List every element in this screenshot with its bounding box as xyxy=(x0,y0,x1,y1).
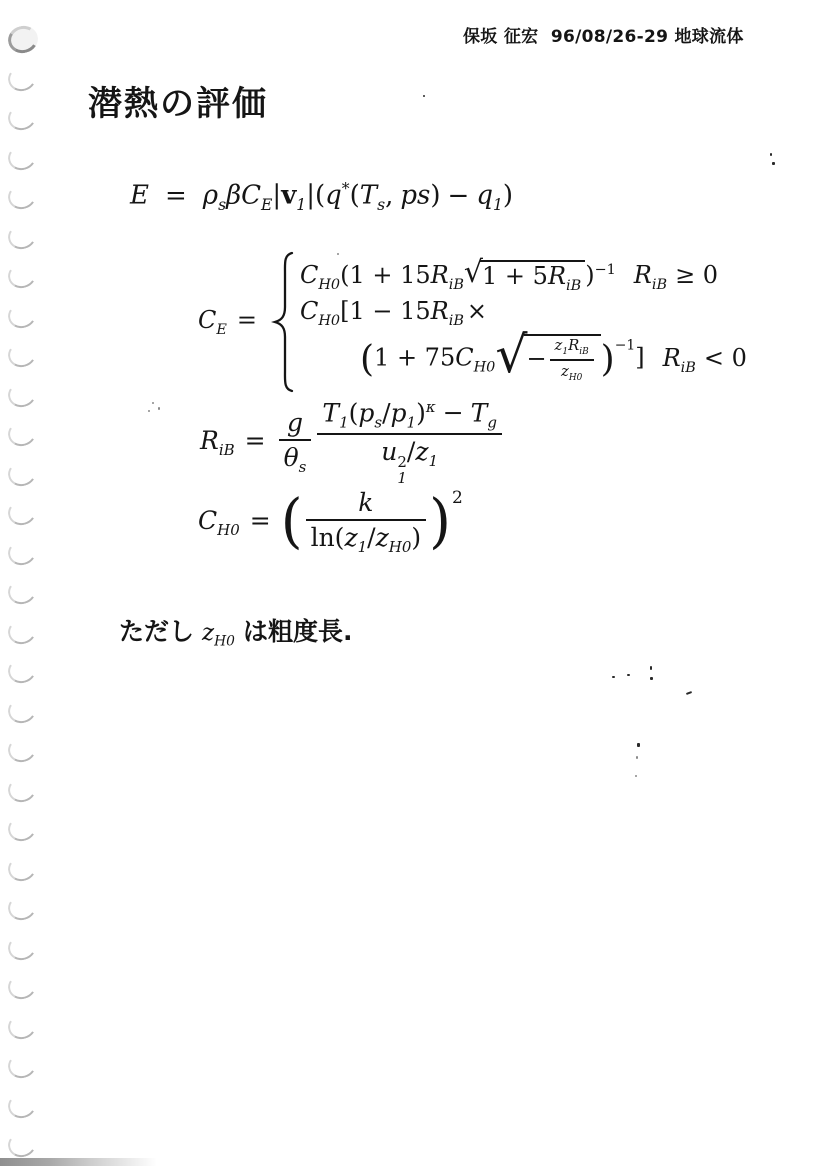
binder-hole xyxy=(5,694,38,725)
var-T-g: T xyxy=(471,398,488,427)
binder-hole xyxy=(5,734,38,765)
binder-hole xyxy=(5,536,38,567)
binder-hole xyxy=(5,931,38,962)
var-R-iB: R xyxy=(548,262,566,290)
fraction-denominator: θs xyxy=(279,441,312,476)
sub-z-H0: H0 xyxy=(389,538,412,556)
binder-hole xyxy=(5,339,38,370)
condition-stable: RiB≥ 0 xyxy=(634,261,718,289)
binder-hole xyxy=(5,418,38,449)
var-rho: ρ xyxy=(203,181,218,211)
page-header: 保坂 征宏 96/08/26-29 地球流体 xyxy=(463,22,744,47)
var-R-iB: R xyxy=(200,426,219,455)
exponent-neg1: −1 xyxy=(615,338,636,354)
var-T1: T xyxy=(322,398,339,427)
footnote-post: は粗度長. xyxy=(243,617,353,646)
scan-edge-shadow xyxy=(0,1158,165,1166)
sub-z-1: 1 xyxy=(429,452,439,470)
sub-C-H0: H0 xyxy=(318,277,340,293)
square-root: √1 + 5RiB xyxy=(464,260,585,294)
abs-bar-left: | xyxy=(272,181,281,211)
binder-hole xyxy=(5,299,38,330)
var-C-E: C xyxy=(241,181,261,211)
var-R-iB: R xyxy=(431,261,449,289)
sub-C-E: E xyxy=(261,196,272,214)
binder-hole xyxy=(5,655,38,686)
binder-hole xyxy=(5,773,38,804)
slash: / xyxy=(367,523,375,552)
binder-hole xyxy=(5,220,38,251)
sub-z-H0: H0 xyxy=(214,634,235,650)
sub-R-iB: iB xyxy=(681,360,696,376)
var-z-H0: z xyxy=(376,523,389,552)
big-open-paren: ( xyxy=(360,339,374,380)
radicand: 1 + 5RiB xyxy=(480,260,585,294)
var-k: k xyxy=(358,488,373,517)
scan-speck xyxy=(686,691,692,695)
relation-geq-zero: ≥ 0 xyxy=(675,261,718,289)
times-sign: × xyxy=(467,297,487,325)
var-q1: q xyxy=(476,181,493,211)
fraction-z1RiB-zH0: z1RiBzH0 xyxy=(550,337,594,383)
radical-icon: √ xyxy=(495,330,527,380)
scan-speck xyxy=(152,402,154,404)
var-q-sat: q xyxy=(325,181,342,211)
fraction-numerator: z1RiB xyxy=(550,337,594,361)
fraction-g-theta: gθs xyxy=(279,408,312,476)
slash: / xyxy=(382,398,390,427)
binder-hole xyxy=(5,813,38,844)
equation-neutral-coefficient: CH0=(kln(z1/zH0))2 xyxy=(198,488,463,556)
scan-speck xyxy=(612,676,615,678)
scan-speck xyxy=(148,410,150,412)
var-E: E xyxy=(130,181,149,211)
var-z: z xyxy=(202,620,214,646)
equals-sign: = xyxy=(245,426,266,455)
fraction-numerator: g xyxy=(279,408,312,441)
equals-sign: = xyxy=(237,306,257,334)
close-paren: ) xyxy=(585,261,594,289)
sub-R-iB: iB xyxy=(219,441,235,459)
var-T-s: T xyxy=(360,181,377,211)
footnote-roughness-length: ただしzH0は粗度長. xyxy=(119,612,352,650)
paren-close: ) xyxy=(416,398,426,427)
var-beta: β xyxy=(226,181,241,211)
fraction-temperature-shear: T1(ps/p1)κ−Tgu21/z1 xyxy=(317,398,502,487)
binder-hole xyxy=(5,378,38,409)
scan-speck xyxy=(627,674,630,676)
var-ps: ps xyxy=(400,181,430,211)
minus-sign: − xyxy=(526,345,546,373)
binder-hole xyxy=(5,1089,38,1120)
sub-p-1: 1 xyxy=(407,413,417,431)
piecewise-lhs: CE= xyxy=(198,306,267,338)
sub-rho-s: s xyxy=(218,196,226,214)
page-title: 潜熱の評価 xyxy=(88,76,268,125)
sub-T-g: g xyxy=(487,413,497,431)
radical-icon: √ xyxy=(464,258,483,288)
paren-close-outer: ) xyxy=(503,181,513,211)
scan-speck xyxy=(337,253,339,255)
binder-hole xyxy=(5,615,38,646)
fraction-numerator: k xyxy=(306,488,427,521)
binder-hole xyxy=(5,892,38,923)
relation-lt-zero: < 0 xyxy=(704,344,747,372)
var-C-H0: C xyxy=(198,506,217,535)
fraction-numerator: T1(ps/p1)κ−Tg xyxy=(317,398,502,435)
scan-speck xyxy=(635,775,637,777)
big-close-paren: ) xyxy=(601,339,615,380)
binder-hole xyxy=(5,62,38,93)
case-unstable-line2: (1 + 75CH0√−z1RiBzH0)−1]RiB< 0 xyxy=(360,334,747,384)
square-root: √−z1RiBzH0 xyxy=(495,334,600,384)
binder-hole xyxy=(5,1010,38,1041)
case-stable: CH0(1 + 15RiB√1 + 5RiB)−1RiB≥ 0 xyxy=(300,259,747,295)
exponent-2: 2 xyxy=(452,488,463,508)
binder-hole xyxy=(5,497,38,528)
sub-R-iB: iB xyxy=(449,277,464,293)
var-u: u xyxy=(381,437,397,466)
stacked-sup-sub: 21 xyxy=(397,455,407,487)
var-z-H0: z xyxy=(561,362,569,380)
sub-z-1: 1 xyxy=(358,538,368,556)
var-R-iB: R xyxy=(568,336,579,354)
minus-sign: − xyxy=(448,181,470,211)
equation-bulk-richardson: RiB=gθsT1(ps/p1)κ−Tgu21/z1 xyxy=(200,398,505,487)
fraction-k-log: kln(z1/zH0) xyxy=(306,488,427,556)
sub-C-H0: H0 xyxy=(318,313,340,329)
exponent-neg1: −1 xyxy=(595,262,616,278)
binder-hole xyxy=(5,457,38,488)
comma: , xyxy=(385,181,393,211)
bracket-terms: [1 − 15 xyxy=(340,297,431,325)
binder-hole xyxy=(5,23,41,56)
scan-speck xyxy=(636,756,638,759)
var-C-E: C xyxy=(198,306,216,334)
binder-hole xyxy=(5,141,38,172)
open-paren-terms: (1 + 15 xyxy=(340,261,431,289)
sub-C-H0: H0 xyxy=(217,521,240,539)
scan-speck xyxy=(650,666,652,670)
sub-v-1: 1 xyxy=(296,196,306,214)
binder-hole xyxy=(5,181,38,212)
scan-speck xyxy=(158,407,160,410)
binder-hole xyxy=(5,852,38,883)
sub-R-iB: iB xyxy=(652,277,667,293)
scan-speck xyxy=(423,95,425,97)
ln-open: ln( xyxy=(311,523,345,552)
var-g: g xyxy=(287,408,303,437)
equation-latent-heat-flux: E=ρsβCE|v1|(q*(Ts,ps)−q1) xyxy=(130,180,513,214)
sub-C-H0: H0 xyxy=(474,360,496,376)
curly-brace-icon xyxy=(271,251,295,393)
binder-hole xyxy=(5,971,38,1002)
binder-hole xyxy=(5,1129,38,1160)
binder-hole xyxy=(5,102,38,133)
scan-speck xyxy=(650,677,653,680)
coefficient-lhs: CH0= xyxy=(198,506,281,539)
var-z1: z xyxy=(415,437,428,466)
scan-speck xyxy=(772,162,775,165)
sub-T-1: 1 xyxy=(339,413,349,431)
sub-R-iB: iB xyxy=(449,313,464,329)
fraction-denominator: ln(z1/zH0) xyxy=(306,521,427,556)
richardson-lhs: RiB= xyxy=(200,426,276,459)
equation-exchange-coefficient: CE= CH0(1 + 15RiB√1 + 5RiB)−1RiB≥ 0 CH0[… xyxy=(198,251,747,393)
minus-sign: − xyxy=(443,398,464,427)
piecewise-cases: CH0(1 + 15RiB√1 + 5RiB)−1RiB≥ 0 CH0[1 − … xyxy=(300,259,747,384)
var-v-bold: v xyxy=(281,181,296,211)
var-p-1: p xyxy=(391,398,407,427)
footnote-pre: ただし xyxy=(119,617,194,646)
paren-close: ) xyxy=(411,523,421,552)
close-bracket: ] xyxy=(635,344,644,372)
var-R-iB: R xyxy=(634,261,652,289)
sub-C-E: E xyxy=(216,322,227,338)
sub-theta-s: s xyxy=(299,458,307,476)
var-C-H0: C xyxy=(300,261,318,289)
sub-R-iB: iB xyxy=(566,277,581,293)
var-C-H0: C xyxy=(455,344,473,372)
var-R-iB: R xyxy=(663,344,681,372)
var-theta: θ xyxy=(284,443,299,472)
radicand: −z1RiBzH0 xyxy=(524,334,600,383)
abs-bar-paren: |( xyxy=(306,181,325,211)
paren-open: ( xyxy=(349,398,359,427)
scan-speck xyxy=(770,153,772,156)
radicand-terms: 1 + 5 xyxy=(482,262,548,290)
scan-speck xyxy=(637,743,640,747)
var-C-H0: C xyxy=(300,297,318,325)
binder-hole xyxy=(5,260,38,291)
var-R-iB: R xyxy=(431,297,449,325)
binder-hole xyxy=(5,576,38,607)
sub-z-H0: H0 xyxy=(569,373,582,383)
paren-close: ) xyxy=(430,181,440,211)
sup-kappa: κ xyxy=(426,398,436,416)
fraction-denominator: zH0 xyxy=(550,361,594,383)
binder-hole xyxy=(5,1050,38,1081)
var-z1: z xyxy=(344,523,357,552)
var-z-H0: zH0 xyxy=(202,620,235,646)
terms: 1 + 75 xyxy=(374,344,455,372)
var-p-s: p xyxy=(358,398,374,427)
sub-p-s: s xyxy=(374,413,382,431)
sub-1: 1 xyxy=(397,471,407,487)
condition-unstable: RiB< 0 xyxy=(663,344,747,372)
sub-q-1: 1 xyxy=(493,196,503,214)
sup-q-star: * xyxy=(342,180,350,198)
sub-R-iB: iB xyxy=(579,347,588,357)
equals-sign: = xyxy=(250,506,271,535)
sub-T-s: s xyxy=(377,196,385,214)
equals-sign: = xyxy=(165,181,187,211)
scanned-document-page: 保坂 征宏 96/08/26-29 地球流体 潜熱の評価 E=ρsβCE|v1|… xyxy=(0,0,828,1167)
fraction-denominator: u21/z1 xyxy=(317,435,502,486)
paren-open: ( xyxy=(350,181,360,211)
